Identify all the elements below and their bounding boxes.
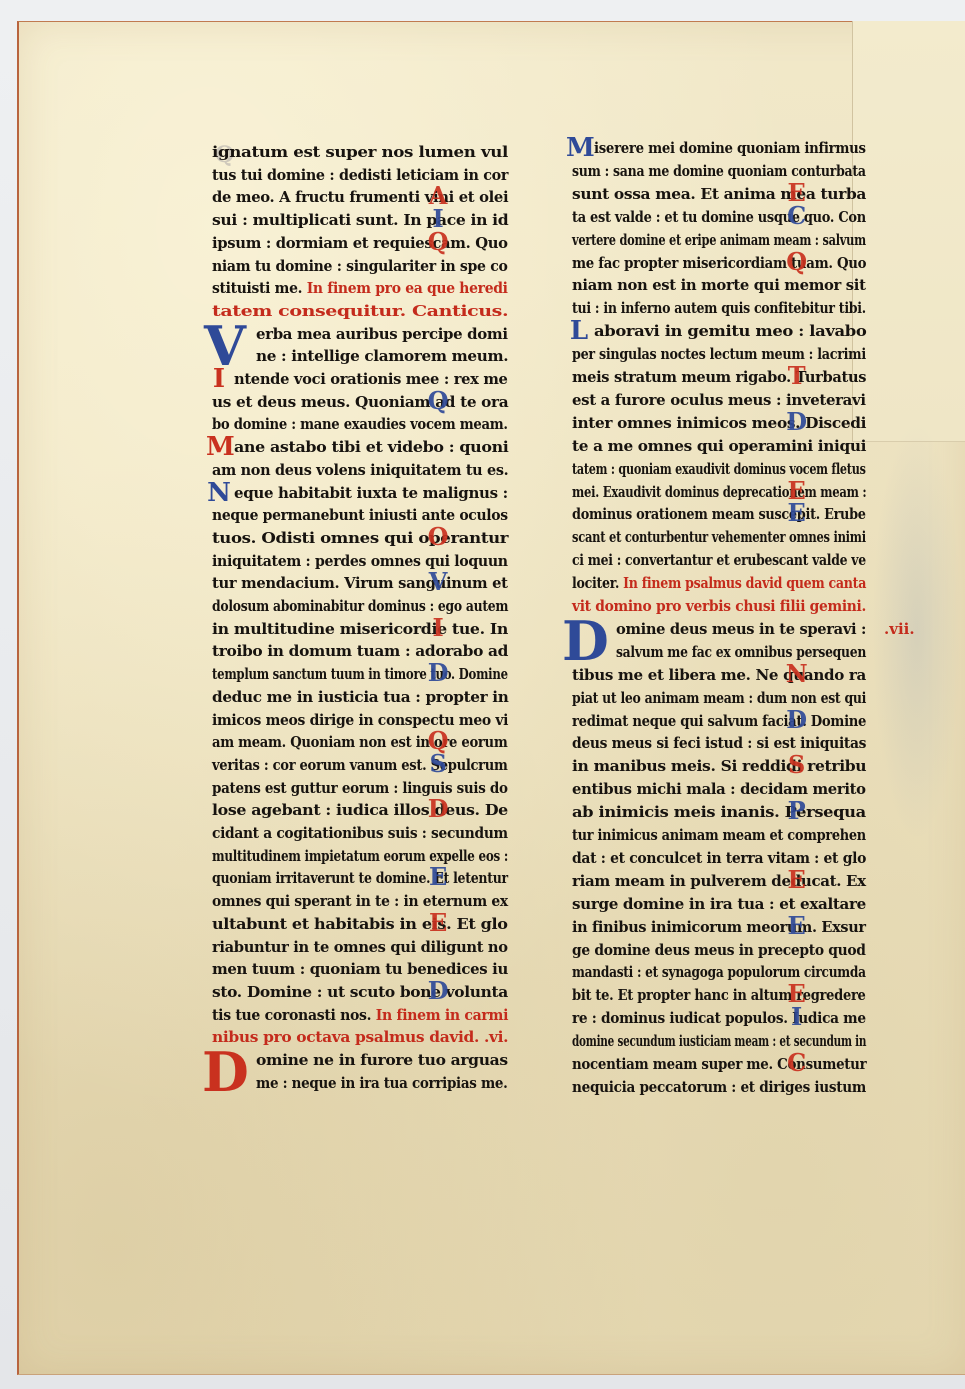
decorated-initial-m: M: [206, 434, 232, 460]
text-line: ipsum : dormiam et requiescam. Quo: [212, 232, 508, 254]
text-line: redimat neque qui salvum faciat. Domine: [572, 710, 866, 732]
inline-initial-c: C: [784, 204, 810, 228]
text-line: imicos meos dirige in conspectu meo vi: [212, 709, 508, 731]
decorated-initial-i: I: [206, 366, 232, 392]
text-line: dominus orationem meam suscepit. Erube: [572, 503, 866, 525]
text-line: tibus me et libera me. Ne quando ra: [572, 664, 866, 686]
text-line: ne : intellige clamorem meum.: [256, 345, 508, 367]
text-line: in multitudine misericordie tue. In: [212, 618, 508, 640]
text-line: niam tu domine : singulariter in spe co: [212, 255, 508, 277]
text-line: ge domine deus meus in precepto quod: [572, 939, 866, 961]
inline-initial-s: S: [784, 753, 810, 777]
text-line: us et deus meus. Quoniam ad te ora: [212, 391, 508, 413]
text-line: me : neque in ira tua corripias me.: [256, 1072, 508, 1094]
rubric-line: tatem consequitur. Canticus.: [212, 300, 508, 322]
text-line: me fac propter misericordiam tuam. Quo: [572, 252, 866, 274]
text-line: nequicia peccatorum : et diriges iustum: [572, 1076, 866, 1098]
inline-initial-i: I: [784, 1005, 810, 1029]
inline-initial-d: D: [425, 797, 451, 821]
inline-initial-e: E: [425, 911, 451, 935]
text-line: deduc me in iusticia tua : propter in: [212, 686, 508, 708]
text-line: in manibus meis. Si reddidi retribu: [572, 755, 866, 777]
text-line: ultabunt et habitabis in eis. Et glo: [212, 913, 508, 935]
text-line: vertere domine et eripe animam meam : sa…: [572, 229, 866, 251]
text-line: sunt ossa mea. Et anima mea turba: [572, 183, 866, 205]
text-line: erba mea auribus percipe domi: [256, 323, 508, 345]
inline-initial-q: Q: [425, 230, 451, 254]
text-line: omnes qui sperant in te : in eternum ex: [212, 890, 508, 912]
text-line: piat ut leo animam meam : dum non est qu…: [572, 687, 866, 709]
inline-initial-e: E: [784, 868, 810, 892]
text-line: scant et conturbentur vehementer omnes i…: [572, 526, 866, 548]
text-line: omine deus meus in te speravi :: [616, 618, 866, 640]
text-line: in finibus inimicorum meorum. Exsur: [572, 916, 866, 938]
inline-initial-e: E: [784, 501, 810, 525]
text-line: ane astabo tibi et videbo : quoni: [234, 436, 508, 458]
text-line: tis tue coronasti nos. In finem in carmi: [212, 1004, 508, 1026]
text-line: omine ne in furore tuo arguas: [256, 1049, 508, 1071]
text-line: am non deus volens iniquitatem tu es.: [212, 459, 508, 481]
text-line: templum sanctum tuum in timore tuo. Domi…: [212, 663, 508, 685]
text-line: meis stratum meum rigabo. Turbatus: [572, 366, 866, 388]
decorated-initial-l: L: [566, 318, 592, 344]
inline-initial-e: E: [425, 865, 451, 889]
inline-initial-p: P: [784, 799, 810, 823]
text-line: inter omnes inimicos meos. Discedi: [572, 412, 866, 434]
decorated-initial-d: D: [202, 1045, 248, 1099]
text-line: troibo in domum tuam : adorabo ad: [212, 640, 508, 662]
text-line: am meam. Quoniam non est in ore eorum: [212, 731, 507, 753]
text-line: ci mei : convertantur et erubescant vald…: [572, 549, 866, 571]
text-line: entibus michi mala : decidam merito: [572, 778, 866, 800]
text-line: est a furore oculus meus : inveteravi: [572, 389, 866, 411]
paper-tab-flap: [852, 21, 965, 442]
decorated-initial-d: D: [562, 614, 608, 668]
psalm-number-marker: .vii.: [884, 620, 915, 638]
text-line: tur inimicus animam meam et comprehen: [572, 824, 866, 846]
text-line: bo domine : mane exaudies vocem meam.: [212, 413, 508, 435]
text-line: re : dominus iudicat populos. Iudica me: [572, 1007, 866, 1029]
text-line: sum : sana me domine quoniam conturbata: [572, 160, 866, 182]
inline-initial-q: Q: [425, 389, 451, 413]
text-line: de meo. A fructu frumenti vini et olei: [212, 186, 508, 208]
text-span: tis tue coronasti nos.: [212, 1006, 376, 1024]
text-line: neque permanebunt iniusti ante oculos: [212, 504, 508, 526]
text-line: nocentiam meam super me. Consumetur: [572, 1053, 866, 1075]
text-line: men tuum : quoniam tu benedices iu: [212, 958, 508, 980]
inline-initial-e: E: [784, 914, 810, 938]
inline-initial-i: I: [425, 616, 451, 640]
text-line: niam non est in morte qui memor sit: [572, 274, 866, 296]
text-line: dolosum abominabitur dominus : ego autem: [212, 595, 508, 617]
text-line: riam meam in pulverem deducat. Ex: [572, 870, 866, 892]
text-line: riabuntur in te omnes qui diligunt no: [212, 936, 508, 958]
text-line: patens est guttur eorum : linguis suis d…: [212, 777, 508, 799]
decorated-initial-m: M: [566, 135, 592, 161]
inline-initial-d: D: [425, 979, 451, 1003]
text-line: iniquitatem : perdes omnes qui loquun: [212, 550, 508, 572]
text-line: tuos. Odisti omnes qui operantur: [212, 527, 508, 549]
text-line: mandasti : et synagoga populorum circumd…: [572, 961, 866, 983]
text-line: eque habitabit iuxta te malignus :: [234, 482, 508, 504]
rubric-span: In finem pro ea que heredi: [307, 279, 508, 297]
text-line: ntende voci orationis mee : rex me: [234, 368, 508, 390]
inline-initial-v: V: [425, 570, 451, 594]
rubric-line: nibus pro octava psalmus david. .vi.: [212, 1026, 508, 1048]
inline-initial-d: D: [425, 661, 451, 685]
text-line: stituisti me. In finem pro ea que heredi: [212, 277, 508, 299]
text-line: ignatum est super nos lumen vul: [212, 141, 508, 163]
text-line: mei. Exaudivit dominus deprecationem mea…: [572, 481, 866, 503]
text-line: cidant a cogitationibus suis : secundum: [212, 822, 508, 844]
inline-initial-q: Q: [784, 250, 810, 274]
rubric-span: In finem in carmi: [376, 1006, 508, 1024]
text-line: sui : multiplicati sunt. In pace in id: [212, 209, 508, 231]
text-line: tus tui domine : dedisti leticiam in cor: [212, 164, 508, 186]
inline-initial-d: D: [784, 410, 810, 434]
inline-initial-s: S: [425, 752, 451, 776]
decorated-initial-v: V: [202, 319, 248, 373]
text-line: multitudinem impietatum eorum expelle eo…: [212, 845, 508, 867]
text-line: lociter. In finem psalmus david quem can…: [572, 572, 866, 594]
text-line: quoniam irritaverunt te domine. Et leten…: [212, 867, 508, 889]
text-line: veritas : cor eorum vanum est. Sepulcrum: [212, 754, 508, 776]
inline-initial-n: N: [784, 662, 810, 686]
text-line: tui : in inferno autem quis confitebitur…: [572, 297, 866, 319]
inline-initial-o: O: [425, 525, 451, 549]
text-line: domine secundum iusticiam meam : et secu…: [572, 1030, 866, 1052]
text-span: stituisti me.: [212, 279, 307, 297]
inline-initial-d: D: [784, 708, 810, 732]
text-line: dat : et conculcet in terra vitam : et g…: [572, 847, 866, 869]
inline-initial-t: T: [784, 364, 810, 388]
text-span: lociter.: [572, 574, 623, 592]
text-line: bit te. Et propter hanc in altum regrede…: [572, 984, 866, 1006]
text-line: iserere mei domine quoniam infirmus: [594, 137, 866, 159]
text-line: salvum me fac ex omnibus persequen: [616, 641, 866, 663]
text-line: ta est valde : et tu domine usque quo. C…: [572, 206, 866, 228]
text-line: deus meus si feci istud : si est iniquit…: [572, 732, 866, 754]
decorated-initial-n: N: [206, 480, 232, 506]
text-line: te a me omnes qui operamini iniqui: [572, 435, 866, 457]
text-line: lose agebant : iudica illos deus. De: [212, 799, 508, 821]
rubric-line: vit domino pro verbis chusi filii gemini…: [572, 595, 866, 617]
rubric-span: In finem psalmus david quem canta: [623, 574, 866, 592]
text-line: ab inimicis meis inanis. Persequa: [572, 801, 866, 823]
text-line: surge domine in ira tua : et exaltare: [572, 893, 866, 915]
inline-initial-c: C: [784, 1051, 810, 1075]
text-line: tatem : quoniam exaudivit dominus vocem …: [572, 458, 866, 480]
text-line: aboravi in gemitu meo : lavabo: [594, 320, 866, 342]
text-line: per singulas noctes lectum meum : lacrim…: [572, 343, 866, 365]
text-line: tur mendacium. Virum sanguinum et: [212, 572, 508, 594]
text-line: sto. Domine : ut scuto bone volunta: [212, 981, 508, 1003]
